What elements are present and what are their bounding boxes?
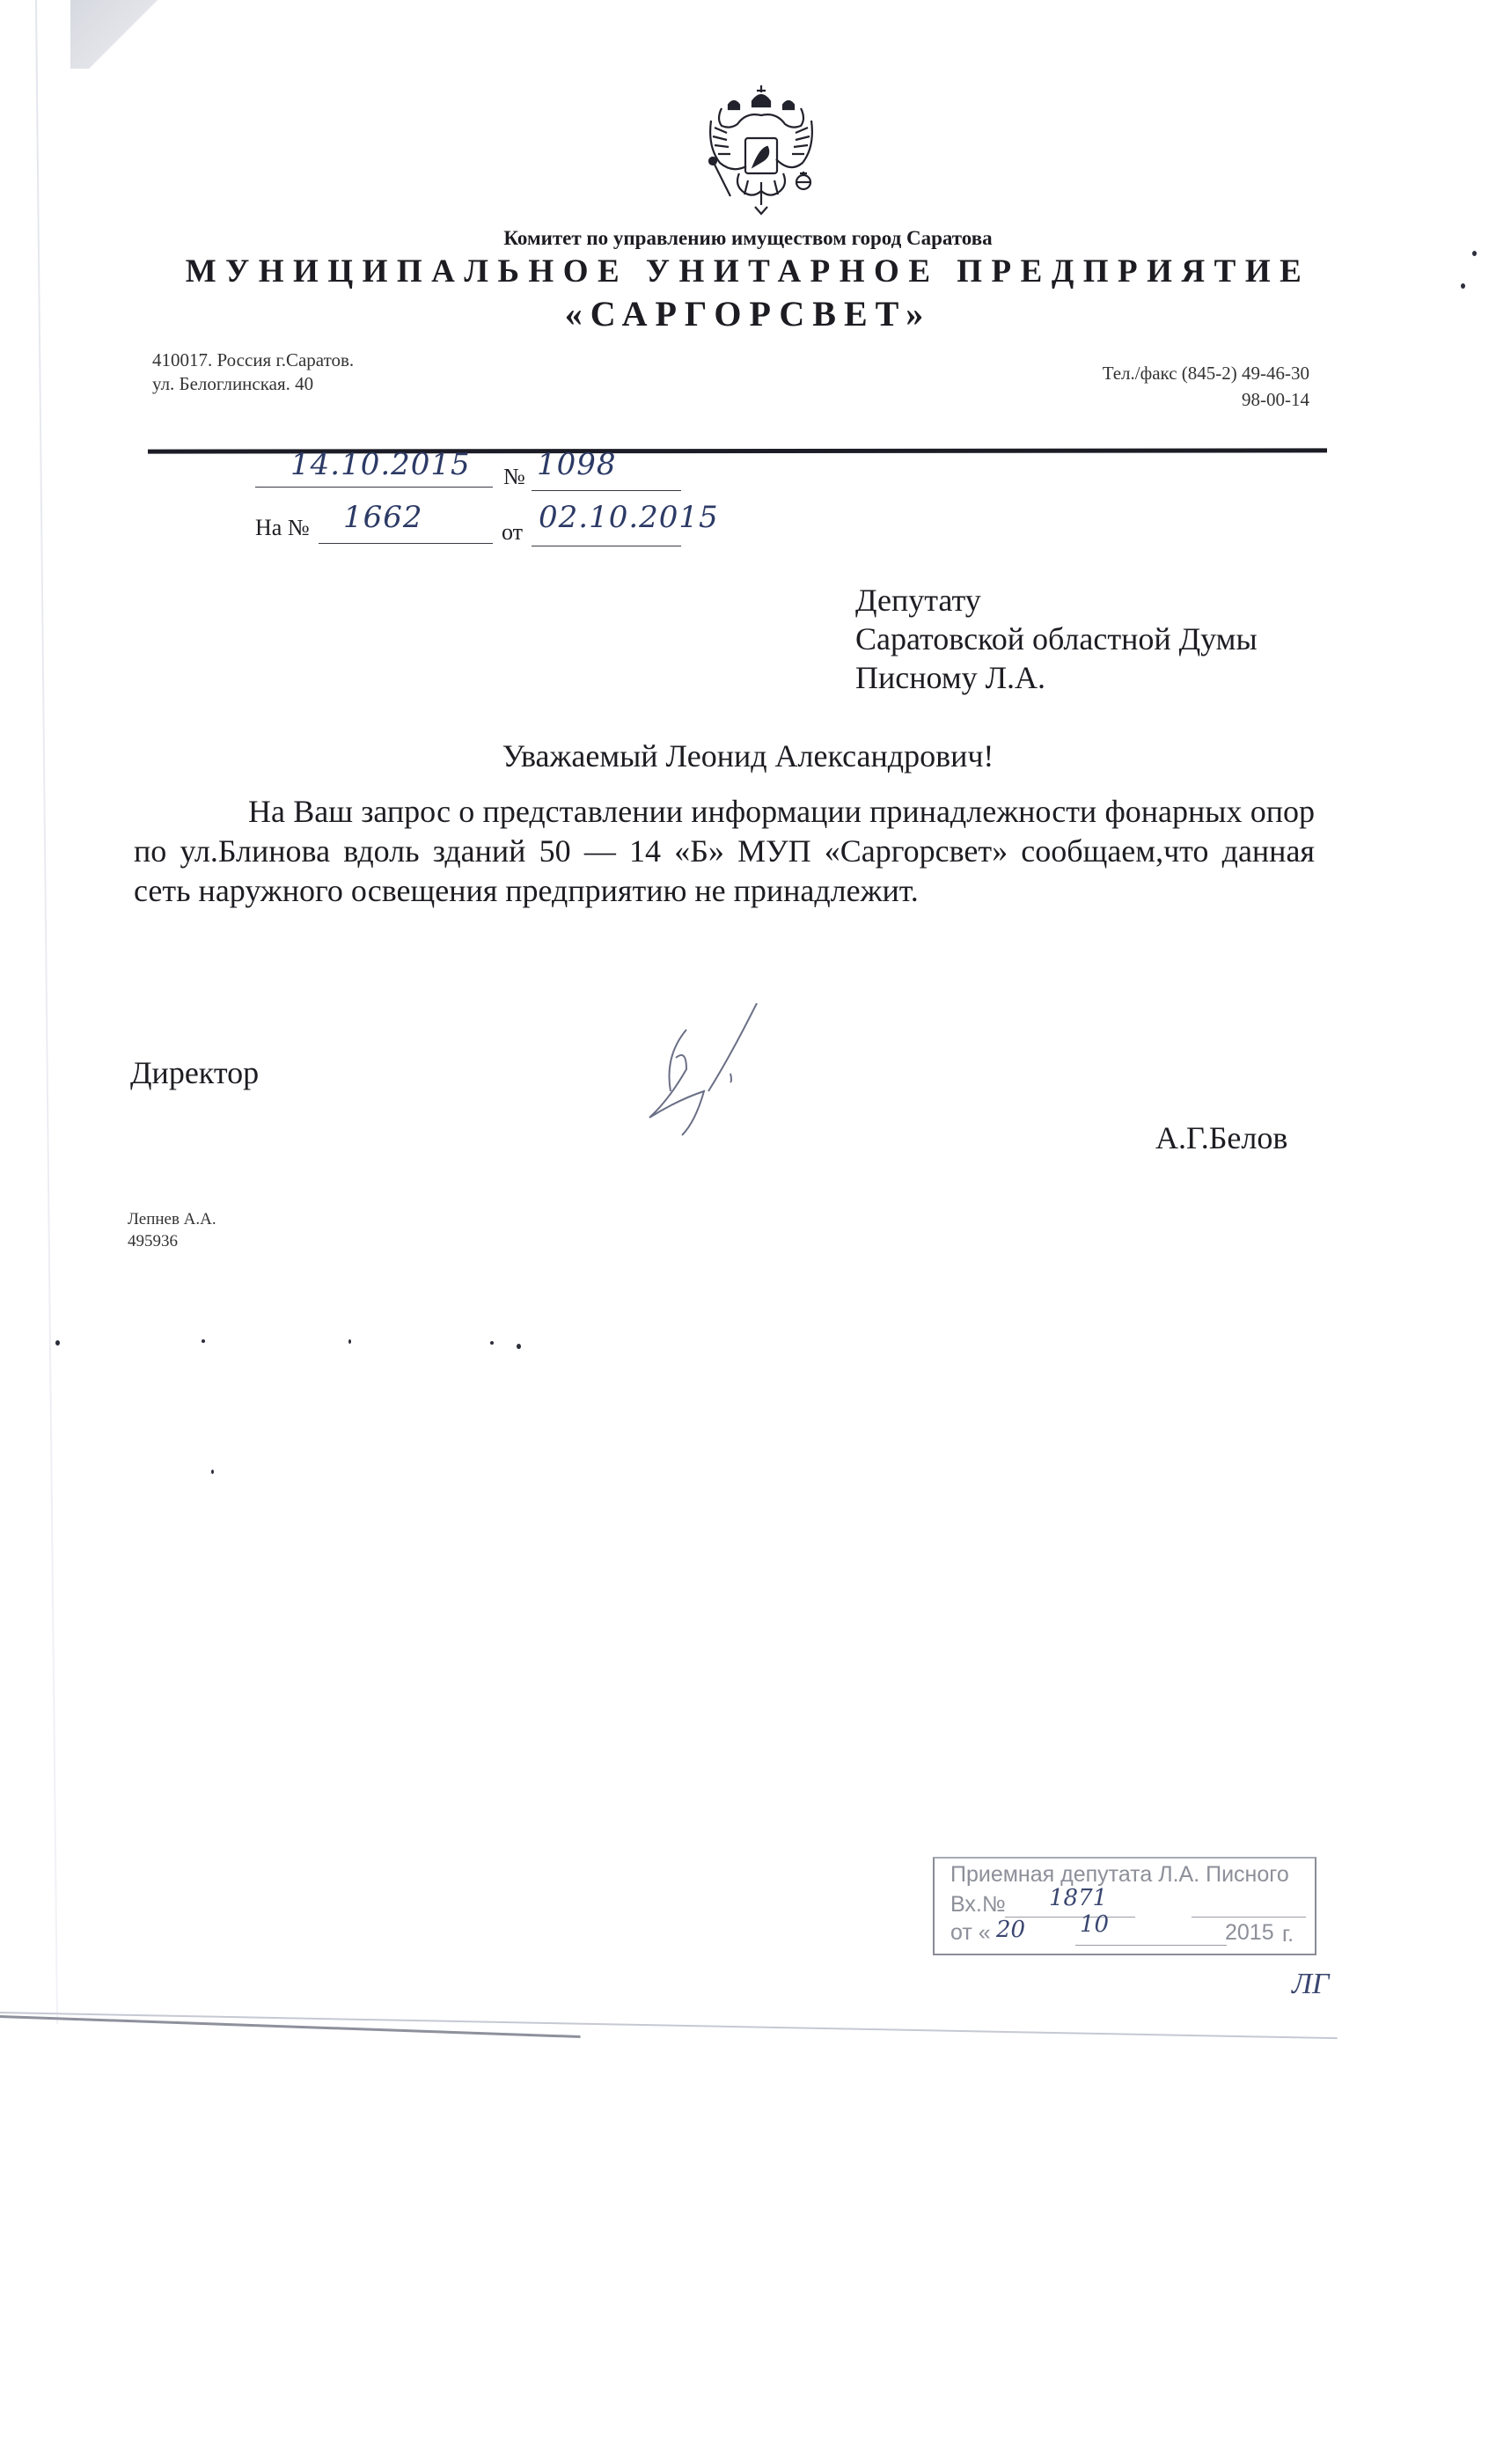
page-edge-line xyxy=(0,2012,1338,2039)
stamp-title: Приемная депутата Л.А. Писного xyxy=(950,1862,1289,1888)
incoming-registration-stamp: Приемная депутата Л.А. Писного Вх.№ 1871… xyxy=(933,1857,1316,1955)
signer-title: Директор xyxy=(130,1054,259,1091)
stamp-incoming-label: Вх.№ xyxy=(950,1892,1006,1918)
stamp-day: 20 xyxy=(996,1917,1025,1943)
committee-name: Комитет по управлению имуществом город С… xyxy=(0,227,1496,250)
recipient-line-2: Саратовской областной Думы xyxy=(855,620,1258,658)
organization-short-name: «САРГОРСВЕТ» xyxy=(0,293,1496,334)
scan-speck xyxy=(211,1470,214,1474)
stamp-year-suffix: г. xyxy=(1282,1922,1294,1947)
outgoing-date: 14.10.2015 xyxy=(290,447,471,482)
scan-speck xyxy=(490,1341,494,1345)
handwritten-initials: ЛГ xyxy=(1292,1968,1329,2001)
stamp-incoming-number: 1871 xyxy=(1049,1885,1107,1911)
scan-speck xyxy=(348,1339,351,1344)
scan-speck xyxy=(517,1344,521,1349)
stamp-date-label: от « xyxy=(950,1920,991,1946)
reply-to-label: На № xyxy=(255,515,310,541)
outgoing-number-line xyxy=(532,490,681,491)
from-label: от xyxy=(502,519,523,546)
reply-to-number: 1662 xyxy=(343,500,423,535)
recipient-line-3: Писному Л.А. xyxy=(855,658,1045,697)
letter-body: На Ваш запрос о представлении информации… xyxy=(134,792,1315,911)
organization-name: МУНИЦИПАЛЬНОЕ УНИТАРНОЕ ПРЕДПРИЯТИЕ xyxy=(0,253,1496,290)
phone-line-1: Тел./факс (845-2) 49-46-30 xyxy=(1103,363,1309,385)
handwritten-signature xyxy=(634,1003,810,1153)
outgoing-date-line xyxy=(255,487,493,488)
signer-name: А.Г.Белов xyxy=(1155,1119,1287,1156)
reply-to-number-line xyxy=(319,543,493,544)
letter-body-paragraph: На Ваш запрос о представлении информации… xyxy=(134,792,1315,911)
scan-shadow xyxy=(70,0,194,69)
greeting: Уважаемый Леонид Александрович! xyxy=(0,737,1496,774)
stamp-month: 10 xyxy=(1080,1911,1109,1938)
outgoing-number: 1098 xyxy=(537,447,617,482)
executor-phone: 495936 xyxy=(128,1232,178,1251)
russian-coat-of-arms-icon xyxy=(704,84,818,216)
executor-name: Лепнев А.А. xyxy=(128,1210,216,1229)
stamp-year: 2015 xyxy=(1225,1920,1274,1946)
recipient-line-1: Депутату xyxy=(855,581,981,620)
scan-speck xyxy=(55,1340,60,1346)
reply-to-date: 02.10.2015 xyxy=(539,500,719,535)
address-line-1: 410017. Россия г.Саратов. xyxy=(152,349,354,371)
reply-to-date-line xyxy=(532,546,681,546)
address-line-2: ул. Белоглинская. 40 xyxy=(152,373,313,395)
scan-speck xyxy=(202,1339,205,1343)
number-label: № xyxy=(503,464,525,490)
phone-line-2: 98-00-14 xyxy=(1242,389,1309,411)
